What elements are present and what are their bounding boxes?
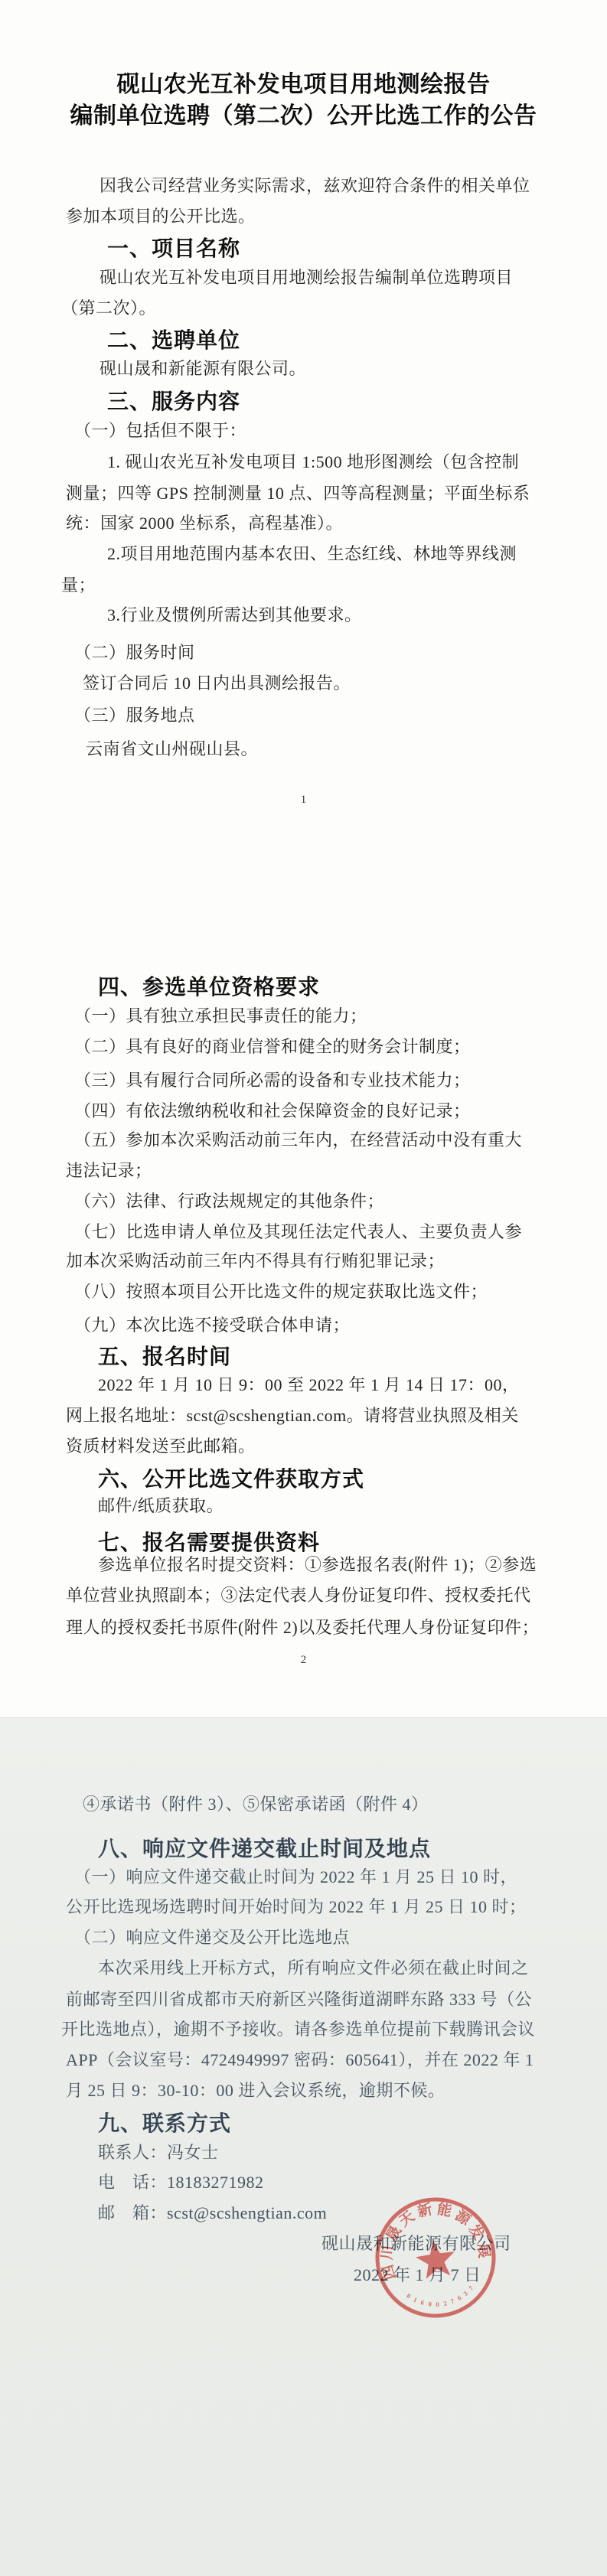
text-line: 2.项目用地范围内基本农田、生态红线、林地等界线测 <box>107 544 517 564</box>
company-seal-stamp: 四川晟天新能源发展有限公司 0160027637 <box>370 2193 501 2323</box>
seal-star-icon <box>413 2238 458 2280</box>
text-line: （五）参加本次采购活动前三年内，在经营活动中没有重大 <box>74 1130 522 1150</box>
text-line: 加本次采购活动前三年内不得具有行贿犯罪记录； <box>66 1251 445 1271</box>
text-line: 量； <box>61 576 96 595</box>
seal-graphic: 四川晟天新能源发展有限公司 0160027637 <box>370 2193 501 2323</box>
text-line: （四）有依法缴纳税收和社会保障资金的良好记录； <box>74 1101 471 1121</box>
section-heading: 九、联系方式 <box>98 2111 231 2136</box>
text-line: （一）具有独立承担民事责任的能力； <box>74 1006 367 1026</box>
text-line: （三）具有履行合同所必需的设备和专业技术能力； <box>74 1071 471 1091</box>
section-heading: 五、报名时间 <box>98 1345 231 1369</box>
announcement-document: 砚山农光互补发电项目用地测绘报告编制单位选聘（第二次）公开比选工作的公告因我公司… <box>0 0 607 2576</box>
text-line: 统：国家 2000 坐标系，高程基准）。 <box>66 514 343 533</box>
text-line: ④承诺书（附件 3）、⑤保密承诺函（附件 4） <box>83 1795 429 1815</box>
text-line: 砚山农光互补发电项目用地测绘报告编制单位选聘项目 <box>100 268 513 288</box>
text-line: APP（会议室号：4724949997 密码：605641），并在 2022 年… <box>66 2050 534 2070</box>
text-line: 因我公司经营业务实际需求，兹欢迎符合条件的相关单位 <box>100 176 530 196</box>
text-line: 签订合同后 10 日内出具测绘报告。 <box>83 673 351 693</box>
text-line: 1. 砚山农光互补发电项目 1:500 地形图测绘（包含控制 <box>107 452 519 472</box>
text-line: 单位营业执照副本；③法定代表人身份证复印件、授权委托代 <box>66 1586 531 1606</box>
text-line: 邮件/纸质获取。 <box>98 1496 224 1516</box>
section-heading: 三、服务内容 <box>107 390 240 414</box>
text-line: （七）比选申请人单位及其现任法定代表人、主要负责人参 <box>74 1222 522 1242</box>
text-line: 开比选地点），逾期不予接收。请各参选单位提前下载腾讯会议 <box>61 2020 535 2040</box>
text-line: 2022 年 1 月 10 日 9：00 至 2022 年 1 月 14 日 1… <box>98 1375 520 1395</box>
text-line: 月 25 日 9：30-10：00 进入会议系统，逾期不候。 <box>66 2081 445 2101</box>
text-line: （一）响应文件递交截止时间为 2022 年 1 月 25 日 10 时， <box>74 1867 517 1887</box>
text-line: （六）法律、行政法规规定的其他条件； <box>74 1192 384 1211</box>
section-heading: 一、项目名称 <box>107 236 240 261</box>
text-line: （八）按照本项目公开比选文件的规定获取比选文件； <box>74 1282 488 1302</box>
text-line: （三）服务地点 <box>74 706 195 726</box>
section-heading: 八、响应文件递交截止时间及地点 <box>98 1837 431 1861</box>
text-line: （二）服务时间 <box>74 643 195 663</box>
text-line: （二）响应文件递交及公开比选地点 <box>74 1928 350 1948</box>
page-number: 2 <box>0 1654 607 1667</box>
text-line: 测量；四等 GPS 控制测量 10 点、四等高程测量；平面坐标系 <box>66 484 530 504</box>
text-line: 违法记录； <box>66 1161 152 1181</box>
section-heading: 七、报名需要提供资料 <box>98 1531 320 1555</box>
document-title-line: 编制单位选聘（第二次）公开比选工作的公告 <box>0 103 607 130</box>
section-heading: 二、选聘单位 <box>107 328 240 353</box>
text-line: 参选单位报名时提交资料：①参选报名表(附件 1)；②参选 <box>98 1555 537 1575</box>
text-line: （二）具有良好的商业信誉和健全的财务会计制度； <box>74 1037 471 1057</box>
text-line: 资质材料发送至此邮箱。 <box>66 1436 256 1456</box>
text-line: 公开比选现场选聘时间开始时间为 2022 年 1 月 25 日 10 时； <box>66 1897 527 1917</box>
document-title-line: 砚山农光互补发电项目用地测绘报告 <box>0 72 607 99</box>
contact-person-line: 联系人：冯女士 <box>98 2143 219 2163</box>
text-line: （九）本次比选不接受联合体申请； <box>74 1316 350 1335</box>
text-line: 3.行业及惯例所需达到其他要求。 <box>107 605 362 625</box>
section-heading: 六、公开比选文件获取方式 <box>98 1467 364 1492</box>
text-line: 云南省文山州砚山县。 <box>86 739 258 759</box>
page-number: 1 <box>0 794 607 807</box>
text-line: 砚山晟和新能源有限公司。 <box>100 359 306 379</box>
text-line: 网上报名地址：scst@scshengtian.com。请将营业执照及相关 <box>66 1406 519 1426</box>
contact-email-line: 邮 箱：scst@scshengtian.com <box>98 2203 327 2223</box>
text-line: 理人的授权委托书原件(附件 2)以及委托代理人身份证复印件； <box>66 1618 539 1638</box>
text-line: 参加本项目的公开比选。 <box>66 207 256 227</box>
contact-phone-line: 电 话：18183271982 <box>98 2173 264 2193</box>
text-line: （第二次）。 <box>61 298 156 318</box>
text-line: 本次采用线上开标方式，所有响应文件必须在截止时间之 <box>98 1958 529 1978</box>
text-line: （一）包括但不限于： <box>74 421 246 441</box>
text-line: 前邮寄至四川省成都市天府新区兴隆街道湖畔东路 333 号（公 <box>66 1990 532 2010</box>
section-heading: 四、参选单位资格要求 <box>98 975 320 999</box>
